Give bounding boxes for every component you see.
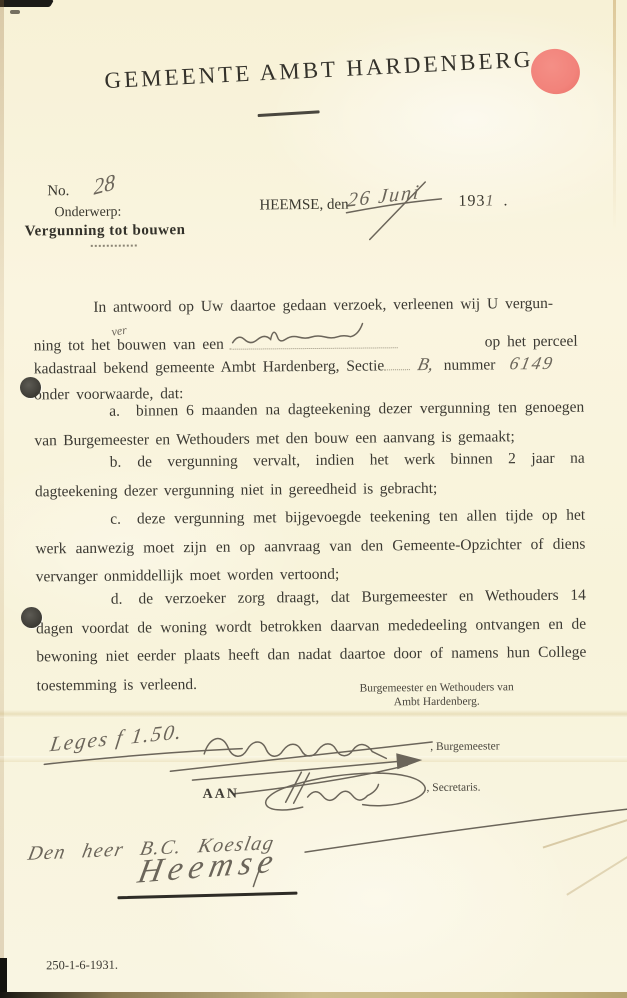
printed-form: GEMEENTE AMBT HARDENBERG No. 28 Onderwer… xyxy=(0,0,627,998)
scanned-document-page: GEMEENTE AMBT HARDENBERG No. 28 Onderwer… xyxy=(0,0,627,998)
addressee-flourish xyxy=(0,0,627,998)
print-code: 250-1-6-1931. xyxy=(46,958,118,974)
